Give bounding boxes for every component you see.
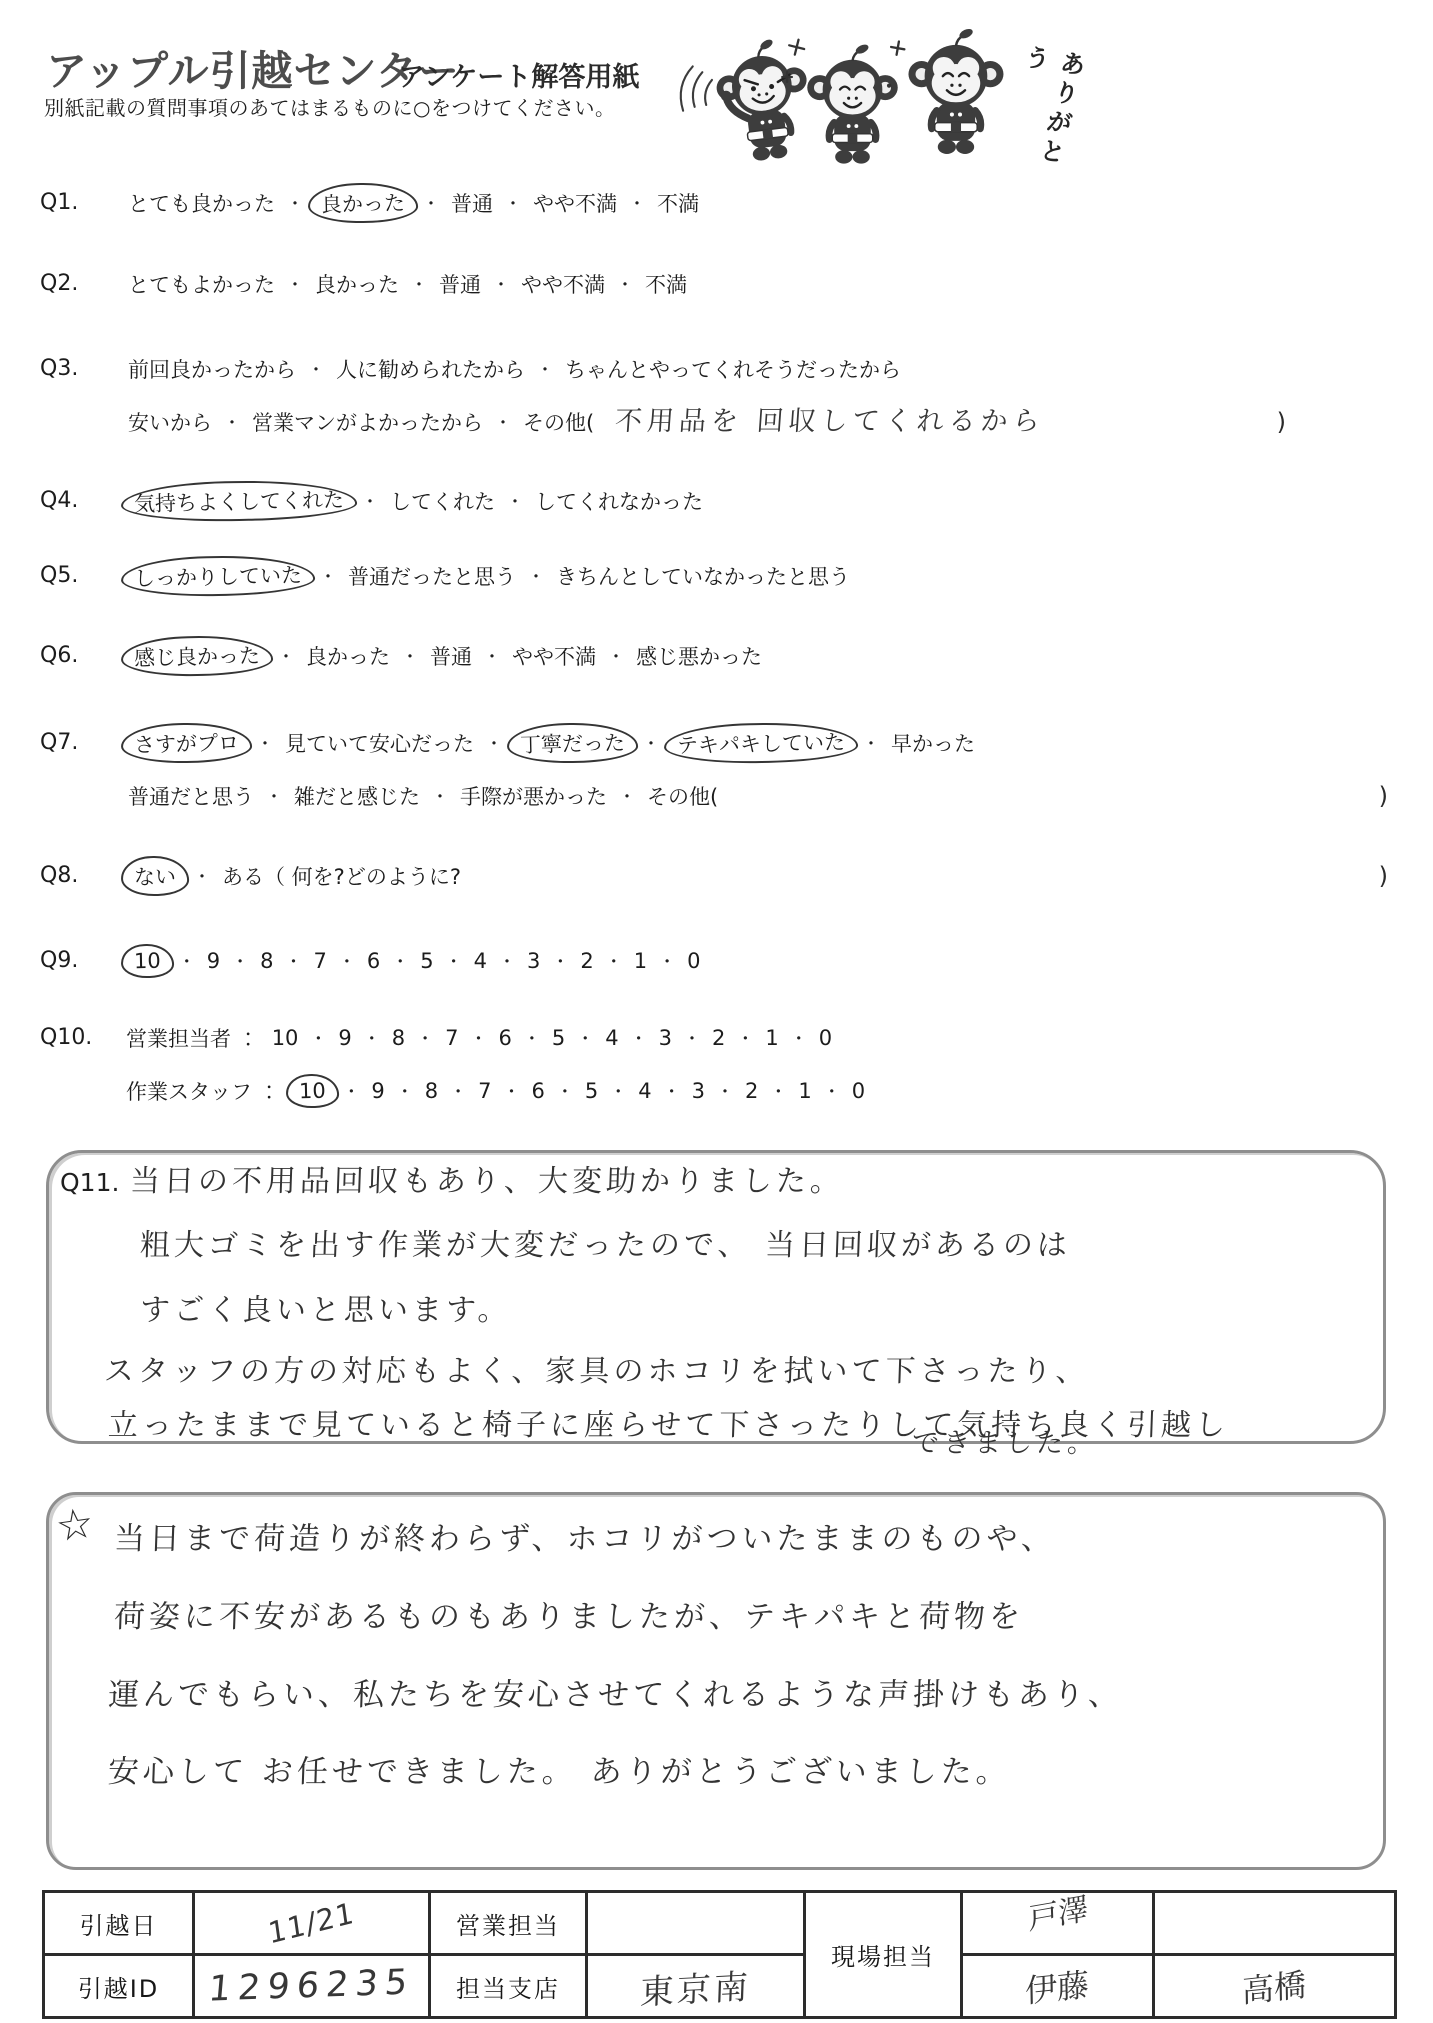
answer-option-circled: しっかりしていた bbox=[121, 553, 316, 597]
site-staff-cell-bottom-right: 高橋 bbox=[1154, 1955, 1396, 2018]
question-q8: Q8.ない・ある（ 何を?どのように?) bbox=[40, 849, 1388, 902]
option-separator: ・ bbox=[231, 948, 249, 974]
closing-paren: ) bbox=[1379, 862, 1388, 890]
star-handwritten-line: 運んでもらい、私たちを安心させてくれるような声掛けもあり、 bbox=[107, 1680, 1123, 1711]
option-separator: ・ bbox=[483, 643, 501, 669]
question-row: さすがプロ・見ていて安心だった・丁寧だった・テキパキしていた・早かった bbox=[126, 716, 1388, 769]
closing-paren: ) bbox=[1379, 782, 1388, 810]
question-rows: 感じ良かった・良かった・普通・やや不満・感じ悪かった bbox=[126, 629, 764, 682]
answer-option: 1 bbox=[763, 1025, 780, 1051]
option-separator: ・ bbox=[485, 730, 503, 756]
answer-option: してくれた bbox=[388, 485, 497, 517]
option-separator: ・ bbox=[178, 948, 196, 974]
option-separator: ・ bbox=[556, 1078, 574, 1104]
star-handwritten-line: 当日まで荷造りが終わらず、ホコリがついたままのものや、 bbox=[113, 1524, 1056, 1555]
answer-option: 2 bbox=[710, 1025, 727, 1051]
question-q3: Q3.前回良かったから・人に勧められたから・ちゃんとやってくれそうだったから安い… bbox=[40, 342, 1286, 448]
answer-option: 10 bbox=[270, 1025, 301, 1051]
sparkle-dot-icon bbox=[887, 84, 891, 88]
option-separator: ・ bbox=[286, 271, 304, 297]
closing-paren: ) bbox=[1277, 408, 1286, 436]
q11-handwritten-overflow: できました。 bbox=[912, 1430, 1099, 1457]
answer-option: やや不満 bbox=[519, 268, 607, 300]
question-id: Q10. bbox=[40, 1011, 126, 1064]
option-separator: ・ bbox=[470, 1025, 488, 1051]
q11-handwritten-line: 当日の不用品回収もあり、大変助かりました。 bbox=[129, 1167, 844, 1197]
answer-option: 普通だと思う bbox=[126, 780, 256, 812]
answer-option: 不満 bbox=[655, 187, 701, 219]
answer-option: 3 bbox=[525, 948, 542, 974]
question-row: 営業担当者 ：10・9・8・7・6・5・4・3・2・1・0 bbox=[126, 1011, 867, 1064]
answer-option: 安いから bbox=[126, 406, 214, 438]
branch-value: 東京南 bbox=[639, 1959, 752, 2014]
answer-option: とても良かった bbox=[126, 187, 277, 219]
answer-option: 6 bbox=[530, 1078, 547, 1104]
motion-lines-icon bbox=[681, 66, 712, 110]
q11-handwritten-line: すごく良いと思います。 bbox=[139, 1296, 512, 1326]
monkey-icon bbox=[908, 27, 1003, 154]
option-separator: ・ bbox=[416, 1025, 434, 1051]
option-separator: ・ bbox=[286, 190, 304, 216]
branch-cell: 東京南 bbox=[587, 1955, 805, 2018]
answer-option: 良かった bbox=[304, 640, 392, 672]
answer-option: 6 bbox=[365, 948, 382, 974]
option-separator: ・ bbox=[319, 563, 337, 589]
question-id: Q8. bbox=[40, 849, 126, 902]
answer-option: 普通だったと思う bbox=[346, 560, 518, 592]
monkey-mascots-illustration bbox=[660, 24, 1045, 182]
answer-option-circled: 気持ちよくしてくれた bbox=[121, 478, 358, 523]
answer-option: 0 bbox=[817, 1025, 834, 1051]
answer-option: きちんとしていなかったと思う bbox=[554, 560, 852, 592]
option-separator: ・ bbox=[223, 409, 241, 435]
monkey-icon bbox=[711, 34, 816, 165]
option-separator: ・ bbox=[449, 1078, 467, 1104]
question-row: しっかりしていた・普通だったと思う・きちんとしていなかったと思う bbox=[126, 549, 852, 602]
move-id-value: 1296235 bbox=[207, 1962, 416, 2009]
q11-handwritten-line: スタッフの方の対応もよく、家具のホコリを拭いて下さったり、 bbox=[103, 1357, 1089, 1387]
move-date-label: 引越日 bbox=[44, 1892, 194, 1955]
star-handwritten-line: 安心して お任せできました。 ありがとうございました。 bbox=[107, 1757, 1011, 1788]
option-separator: ・ bbox=[338, 948, 356, 974]
question-id: Q7. bbox=[40, 716, 126, 769]
answer-option-circled: 良かった bbox=[308, 181, 419, 223]
site-staff-name-3: 高橋 bbox=[1242, 1960, 1306, 2013]
star-icon: ☆ bbox=[53, 1502, 96, 1549]
option-separator: ・ bbox=[769, 1078, 787, 1104]
option-separator: ・ bbox=[630, 1025, 648, 1051]
answer-option: 5 bbox=[550, 1025, 567, 1051]
answer-option: 0 bbox=[685, 948, 702, 974]
answer-option: 8 bbox=[390, 1025, 407, 1051]
question-rows: 10・9・8・7・6・5・4・3・2・1・0 bbox=[126, 934, 702, 987]
answer-option-circled: 感じ良かった bbox=[121, 634, 274, 677]
answer-option: 1 bbox=[796, 1078, 813, 1104]
question-id: Q4. bbox=[40, 474, 126, 527]
answer-option: 8 bbox=[258, 948, 275, 974]
answer-option: とてもよかった bbox=[126, 268, 277, 300]
option-separator: ・ bbox=[790, 1025, 808, 1051]
answer-option: 営業マンがよかったから bbox=[250, 406, 485, 438]
question-rows: 気持ちよくしてくれた・してくれた・してくれなかった bbox=[126, 474, 705, 527]
question-row: 感じ良かった・良かった・普通・やや不満・感じ悪かった bbox=[126, 629, 764, 682]
answer-option: 7 bbox=[443, 1025, 460, 1051]
question-row: 10・9・8・7・6・5・4・3・2・1・0 bbox=[126, 934, 702, 987]
option-separator: ・ bbox=[504, 190, 522, 216]
answer-option: 7 bbox=[311, 948, 328, 974]
question-rows: とても良かった・良かった・普通・やや不満・不満 bbox=[126, 176, 701, 229]
answer-option: 良かった bbox=[313, 268, 401, 300]
answer-option: 早かった bbox=[889, 727, 977, 759]
answer-option: 見ていて安心だった bbox=[283, 727, 476, 759]
answer-option: してくれなかった bbox=[533, 485, 705, 517]
answer-option: 5 bbox=[583, 1078, 600, 1104]
question-q4: Q4.気持ちよくしてくれた・してくれた・してくれなかった bbox=[40, 474, 705, 527]
answer-option: 2 bbox=[743, 1078, 760, 1104]
move-id-label: 引越ID bbox=[44, 1955, 194, 2018]
question-rows: とてもよかった・良かった・普通・やや不満・不満 bbox=[126, 257, 689, 310]
option-separator: ・ bbox=[616, 271, 634, 297]
question-id: Q6. bbox=[40, 629, 126, 682]
question-id: Q9. bbox=[40, 934, 126, 987]
site-staff-name-2: 伊藤 bbox=[1025, 1960, 1089, 2013]
answer-option: 感じ悪かった bbox=[634, 640, 764, 672]
answer-option: 3 bbox=[690, 1078, 707, 1104]
handwritten-answer: 不用品を 回収してくれるから bbox=[614, 399, 1046, 438]
site-staff-cell-top-right bbox=[1154, 1892, 1396, 1955]
question-rows: さすがプロ・見ていて安心だった・丁寧だった・テキパキしていた・早かった普通だと思… bbox=[126, 716, 1388, 822]
question-q9: Q9.10・9・8・7・6・5・4・3・2・1・0 bbox=[40, 934, 702, 987]
move-date-cell: 11/21 bbox=[194, 1892, 430, 1955]
answer-option: 前回良かったから bbox=[126, 353, 298, 385]
option-separator: ・ bbox=[576, 1025, 594, 1051]
option-separator: ・ bbox=[862, 730, 880, 756]
question-q6: Q6.感じ良かった・良かった・普通・やや不満・感じ悪かった bbox=[40, 629, 764, 682]
option-separator: ・ bbox=[309, 1025, 327, 1051]
option-separator: ・ bbox=[256, 730, 274, 756]
option-separator: ・ bbox=[363, 1025, 381, 1051]
answer-option: 普通 bbox=[449, 187, 495, 219]
question-row: 安いから・営業マンがよかったから・その他(不用品を 回収してくれるから) bbox=[126, 395, 1286, 448]
option-separator: ・ bbox=[823, 1078, 841, 1104]
answer-option: 4 bbox=[603, 1025, 620, 1051]
survey-sheet: アップル引越センター アンケート解答用紙 別紙記載の質問事項のあてはまるものに○… bbox=[0, 0, 1433, 2023]
question-rows: 営業担当者 ：10・9・8・7・6・5・4・3・2・1・0作業スタッフ ：10・… bbox=[126, 1011, 867, 1117]
option-separator: ・ bbox=[716, 1078, 734, 1104]
answer-option: やや不満 bbox=[510, 640, 598, 672]
document-title: アンケート解答用紙 bbox=[398, 55, 639, 94]
option-separator: ・ bbox=[422, 190, 440, 216]
question-row: 作業スタッフ ：10・9・8・7・6・5・4・3・2・1・0 bbox=[126, 1064, 867, 1117]
option-separator: ・ bbox=[683, 1025, 701, 1051]
option-separator: ・ bbox=[523, 1025, 541, 1051]
answer-option-circled: さすがプロ bbox=[121, 721, 253, 764]
answer-option: 7 bbox=[476, 1078, 493, 1104]
option-separator: ・ bbox=[736, 1025, 754, 1051]
site-staff-cell-top: 戸澤 bbox=[962, 1892, 1154, 1955]
instruction-text: 別紙記載の質問事項のあてはまるものに○をつけてください。 bbox=[44, 92, 615, 121]
question-row: ない・ある（ 何を?どのように?) bbox=[126, 849, 1388, 902]
star-handwritten-line: 荷姿に不安があるものもありましたが、テキパキと荷物を bbox=[113, 1602, 1024, 1633]
question-q5: Q5.しっかりしていた・普通だったと思う・きちんとしていなかったと思う bbox=[40, 549, 852, 602]
move-id-cell: 1296235 bbox=[194, 1955, 430, 2018]
sales-rep-cell bbox=[587, 1892, 805, 1955]
answer-option: ある（ 何を?どのように? bbox=[220, 860, 463, 892]
question-q10: Q10.営業担当者 ：10・9・8・7・6・5・4・3・2・1・0作業スタッフ … bbox=[40, 1011, 867, 1117]
answer-option: 6 bbox=[497, 1025, 514, 1051]
scale-label: 作業スタッフ ： bbox=[126, 1076, 280, 1106]
table-row: 引越ID 1296235 担当支店 東京南 伊藤 高橋 bbox=[44, 1955, 1396, 2018]
option-separator: ・ bbox=[494, 409, 512, 435]
option-separator: ・ bbox=[277, 643, 295, 669]
question-row: とても良かった・良かった・普通・やや不満・不満 bbox=[126, 176, 701, 229]
question-rows: 前回良かったから・人に勧められたから・ちゃんとやってくれそうだったから安いから・… bbox=[126, 342, 1286, 448]
option-separator: ・ bbox=[396, 1078, 414, 1104]
question-row: 気持ちよくしてくれた・してくれた・してくれなかった bbox=[126, 474, 705, 527]
option-separator: ・ bbox=[536, 356, 554, 382]
option-separator: ・ bbox=[609, 1078, 627, 1104]
option-separator: ・ bbox=[607, 643, 625, 669]
option-separator: ・ bbox=[361, 488, 379, 514]
answer-option: ちゃんとやってくれそうだったから bbox=[563, 353, 903, 385]
option-separator: ・ bbox=[642, 730, 660, 756]
option-separator: ・ bbox=[506, 488, 524, 514]
answer-option: 3 bbox=[657, 1025, 674, 1051]
question-rows: しっかりしていた・普通だったと思う・きちんとしていなかったと思う bbox=[126, 549, 852, 602]
option-separator: ・ bbox=[605, 948, 623, 974]
option-separator: ・ bbox=[492, 271, 510, 297]
site-staff-name-1: 戸澤 bbox=[1027, 1884, 1088, 1939]
answer-option: 1 bbox=[632, 948, 649, 974]
answer-option: 不満 bbox=[643, 268, 689, 300]
move-date-value: 11/21 bbox=[266, 1895, 357, 1950]
table-row: 引越日 11/21 営業担当 現場担当 戸澤 bbox=[44, 1892, 1396, 1955]
question-id: Q3. bbox=[40, 342, 126, 395]
answer-option-circled: ない bbox=[121, 855, 190, 896]
answer-option: その他( bbox=[645, 780, 720, 812]
answer-option: 手際が悪かった bbox=[458, 780, 609, 812]
answer-option: 4 bbox=[636, 1078, 653, 1104]
answer-option: その他( bbox=[521, 406, 596, 438]
answer-option-circled: テキパキしていた bbox=[664, 720, 859, 764]
question-id: Q5. bbox=[40, 549, 126, 602]
option-separator: ・ bbox=[628, 190, 646, 216]
option-separator: ・ bbox=[658, 948, 676, 974]
question-id: Q2. bbox=[40, 257, 126, 310]
question-q1: Q1.とても良かった・良かった・普通・やや不満・不満 bbox=[40, 176, 701, 229]
answer-option: 9 bbox=[336, 1025, 353, 1051]
question-q2: Q2.とてもよかった・良かった・普通・やや不満・不満 bbox=[40, 257, 689, 310]
q11-handwritten-line: 粗大ゴミを出す作業が大変だったので、 当日回収があるのは bbox=[139, 1231, 1071, 1261]
branch-label: 担当支店 bbox=[430, 1955, 587, 2018]
answer-option: 0 bbox=[850, 1078, 867, 1104]
question-rows: ない・ある（ 何を?どのように?) bbox=[126, 849, 1388, 902]
answer-option: やや不満 bbox=[531, 187, 619, 219]
answer-option: 2 bbox=[578, 948, 595, 974]
answer-option-circled: 丁寧だった bbox=[507, 721, 639, 764]
option-separator: ・ bbox=[498, 948, 516, 974]
option-separator: ・ bbox=[284, 948, 302, 974]
site-staff-label: 現場担当 bbox=[805, 1892, 962, 2018]
answer-option: 人に勧められたから bbox=[334, 353, 527, 385]
option-separator: ・ bbox=[193, 863, 211, 889]
q11-question-id: Q11. bbox=[60, 1168, 119, 1197]
answer-option-circled: 10 bbox=[121, 943, 174, 978]
scale-label: 営業担当者 ： bbox=[126, 1023, 259, 1053]
question-row: 普通だと思う・雑だと感じた・手際が悪かった・その他() bbox=[126, 769, 1388, 822]
option-separator: ・ bbox=[401, 643, 419, 669]
option-separator: ・ bbox=[618, 783, 636, 809]
sales-rep-label: 営業担当 bbox=[430, 1892, 587, 1955]
question-row: とてもよかった・良かった・普通・やや不満・不満 bbox=[126, 257, 689, 310]
question-row: 前回良かったから・人に勧められたから・ちゃんとやってくれそうだったから bbox=[126, 342, 1286, 395]
option-separator: ・ bbox=[527, 563, 545, 589]
footer-table: 引越日 11/21 営業担当 現場担当 戸澤 引越ID 1296235 担当支店… bbox=[42, 1890, 1397, 2019]
question-id: Q1. bbox=[40, 176, 126, 229]
option-separator: ・ bbox=[663, 1078, 681, 1104]
answer-option: 8 bbox=[423, 1078, 440, 1104]
option-separator: ・ bbox=[445, 948, 463, 974]
option-separator: ・ bbox=[410, 271, 428, 297]
site-staff-cell-bottom: 伊藤 bbox=[962, 1955, 1154, 2018]
option-separator: ・ bbox=[431, 783, 449, 809]
option-separator: ・ bbox=[391, 948, 409, 974]
monkey-icon bbox=[807, 43, 897, 164]
answer-option: 9 bbox=[205, 948, 222, 974]
option-separator: ・ bbox=[265, 783, 283, 809]
answer-option: 9 bbox=[369, 1078, 386, 1104]
option-separator: ・ bbox=[342, 1078, 360, 1104]
answer-option: 4 bbox=[472, 948, 489, 974]
option-separator: ・ bbox=[503, 1078, 521, 1104]
answer-option: 普通 bbox=[428, 640, 474, 672]
answer-option: 5 bbox=[418, 948, 435, 974]
question-q7: Q7.さすがプロ・見ていて安心だった・丁寧だった・テキパキしていた・早かった普通… bbox=[40, 716, 1388, 822]
option-separator: ・ bbox=[551, 948, 569, 974]
option-separator: ・ bbox=[307, 356, 325, 382]
answer-option: 普通 bbox=[437, 268, 483, 300]
answer-option-circled: 10 bbox=[285, 1073, 338, 1108]
answer-option: 雑だと感じた bbox=[292, 780, 422, 812]
